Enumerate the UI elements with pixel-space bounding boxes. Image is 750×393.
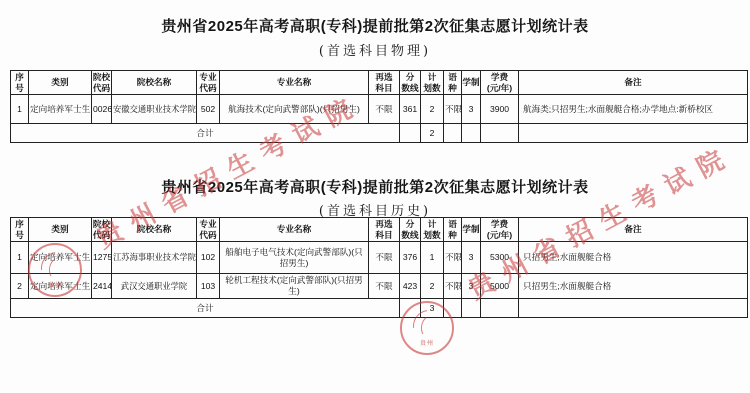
col-school-name: 武汉交通职业学院 bbox=[112, 274, 197, 299]
table2-title: 贵州省2025年高考高职(专科)提前批第2次征集志愿计划统计表 bbox=[0, 176, 750, 197]
col-remarks: 只招男生;水面舰艇合格 bbox=[519, 242, 748, 274]
plan-table-physics: 序号类别院校 代码院校名称专业 代码专业名称再选 科目分 数线计 划数语种学制学… bbox=[10, 70, 748, 143]
col-language: 不限 bbox=[444, 95, 462, 124]
header-col-school-code: 院校 代码 bbox=[92, 218, 112, 242]
col-major-name: 船舶电子电气技术(定向武警部队)(只招男生) bbox=[220, 242, 369, 274]
stamp-label: 贵州 bbox=[402, 338, 452, 347]
total-empty-cell bbox=[519, 124, 748, 143]
col-score-line: 361 bbox=[400, 95, 421, 124]
total-empty-cell bbox=[462, 299, 481, 318]
col-reselect-subject: 不限 bbox=[369, 95, 400, 124]
table-row: 1定向培养军士生1275江苏海事职业技术学院102船舶电子电气技术(定向武警部队… bbox=[11, 242, 748, 274]
col-reselect-subject: 不限 bbox=[369, 242, 400, 274]
header-col-remarks: 备注 bbox=[519, 71, 748, 95]
col-school-name: 安徽交通职业技术学院 bbox=[112, 95, 197, 124]
header-col-tuition: 学费 (元/年) bbox=[481, 218, 519, 242]
col-school-code: 2414 bbox=[92, 274, 112, 299]
header-row: 序号类别院校 代码院校名称专业 代码专业名称再选 科目分 数线计 划数语种学制学… bbox=[11, 71, 748, 95]
total-empty-cell bbox=[481, 299, 519, 318]
col-category: 定向培养军士生 bbox=[29, 242, 92, 274]
total-empty-cell bbox=[444, 299, 462, 318]
col-seq: 2 bbox=[11, 274, 29, 299]
col-tuition: 5300 bbox=[481, 242, 519, 274]
table-row: 1定向培养军士生0026安徽交通职业技术学院502航海技术(定向武警部队)(只招… bbox=[11, 95, 748, 124]
col-school-code: 1275 bbox=[92, 242, 112, 274]
col-duration: 3 bbox=[462, 95, 481, 124]
total-empty-cell bbox=[462, 124, 481, 143]
header-col-category: 类别 bbox=[29, 218, 92, 242]
col-remarks: 只招男生;水面舰艇合格 bbox=[519, 274, 748, 299]
header-col-plan-count: 计 划数 bbox=[421, 218, 444, 242]
header-col-duration: 学制 bbox=[462, 71, 481, 95]
col-duration: 3 bbox=[462, 274, 481, 299]
header-col-score-line: 分 数线 bbox=[400, 218, 421, 242]
col-seq: 1 bbox=[11, 95, 29, 124]
header-col-seq: 序号 bbox=[11, 71, 29, 95]
plan-table-history: 序号类别院校 代码院校名称专业 代码专业名称再选 科目分 数线计 划数语种学制学… bbox=[10, 217, 748, 318]
col-category: 定向培养军士生 bbox=[29, 95, 92, 124]
col-remarks: 航海类;只招男生;水面舰艇合格;办学地点:新桥校区 bbox=[519, 95, 748, 124]
header-col-language: 语种 bbox=[444, 71, 462, 95]
total-plan-count: 2 bbox=[421, 124, 444, 143]
total-plan-count: 3 bbox=[421, 299, 444, 318]
header-col-duration: 学制 bbox=[462, 218, 481, 242]
col-tuition: 5000 bbox=[481, 274, 519, 299]
header-col-language: 语种 bbox=[444, 218, 462, 242]
header-col-major-name: 专业名称 bbox=[220, 218, 369, 242]
col-plan-count: 2 bbox=[421, 95, 444, 124]
total-empty-cell bbox=[444, 124, 462, 143]
header-col-score-line: 分 数线 bbox=[400, 71, 421, 95]
header-col-seq: 序号 bbox=[11, 218, 29, 242]
col-school-code: 0026 bbox=[92, 95, 112, 124]
col-major-name: 轮机工程技术(定向武警部队)(只招男生) bbox=[220, 274, 369, 299]
document-page: 贵州省2025年高考高职(专科)提前批第2次征集志愿计划统计表 (首选科目物理)… bbox=[0, 0, 750, 393]
header-col-school-name: 院校名称 bbox=[112, 218, 197, 242]
total-empty-cell bbox=[519, 299, 748, 318]
col-major-code: 103 bbox=[197, 274, 220, 299]
col-score-line: 376 bbox=[400, 242, 421, 274]
total-empty-cell bbox=[400, 124, 421, 143]
col-plan-count: 1 bbox=[421, 242, 444, 274]
col-tuition: 3900 bbox=[481, 95, 519, 124]
header-col-reselect-subject: 再选 科目 bbox=[369, 218, 400, 242]
total-label: 合计 bbox=[11, 124, 400, 143]
total-empty-cell bbox=[481, 124, 519, 143]
total-label: 合计 bbox=[11, 299, 400, 318]
header-col-major-code: 专业 代码 bbox=[197, 218, 220, 242]
table1-subtitle: (首选科目物理) bbox=[0, 40, 750, 59]
total-empty-cell bbox=[400, 299, 421, 318]
col-language: 不限 bbox=[444, 274, 462, 299]
header-row: 序号类别院校 代码院校名称专业 代码专业名称再选 科目分 数线计 划数语种学制学… bbox=[11, 218, 748, 242]
col-major-code: 502 bbox=[197, 95, 220, 124]
header-col-major-code: 专业 代码 bbox=[197, 71, 220, 95]
header-col-tuition: 学费 (元/年) bbox=[481, 71, 519, 95]
header-col-remarks: 备注 bbox=[519, 218, 748, 242]
header-col-reselect-subject: 再选 科目 bbox=[369, 71, 400, 95]
header-col-school-code: 院校 代码 bbox=[92, 71, 112, 95]
col-major-name: 航海技术(定向武警部队)(只招男生) bbox=[220, 95, 369, 124]
header-col-school-name: 院校名称 bbox=[112, 71, 197, 95]
header-col-plan-count: 计 划数 bbox=[421, 71, 444, 95]
col-plan-count: 2 bbox=[421, 274, 444, 299]
total-row: 合计3 bbox=[11, 299, 748, 318]
header-col-major-name: 专业名称 bbox=[220, 71, 369, 95]
col-major-code: 102 bbox=[197, 242, 220, 274]
col-seq: 1 bbox=[11, 242, 29, 274]
col-score-line: 423 bbox=[400, 274, 421, 299]
col-category: 定向培养军士生 bbox=[29, 274, 92, 299]
col-duration: 3 bbox=[462, 242, 481, 274]
col-language: 不限 bbox=[444, 242, 462, 274]
table-row: 2定向培养军士生2414武汉交通职业学院103轮机工程技术(定向武警部队)(只招… bbox=[11, 274, 748, 299]
header-col-category: 类别 bbox=[29, 71, 92, 95]
col-reselect-subject: 不限 bbox=[369, 274, 400, 299]
col-school-name: 江苏海事职业技术学院 bbox=[112, 242, 197, 274]
table1-title: 贵州省2025年高考高职(专科)提前批第2次征集志愿计划统计表 bbox=[0, 15, 750, 36]
total-row: 合计2 bbox=[11, 124, 748, 143]
